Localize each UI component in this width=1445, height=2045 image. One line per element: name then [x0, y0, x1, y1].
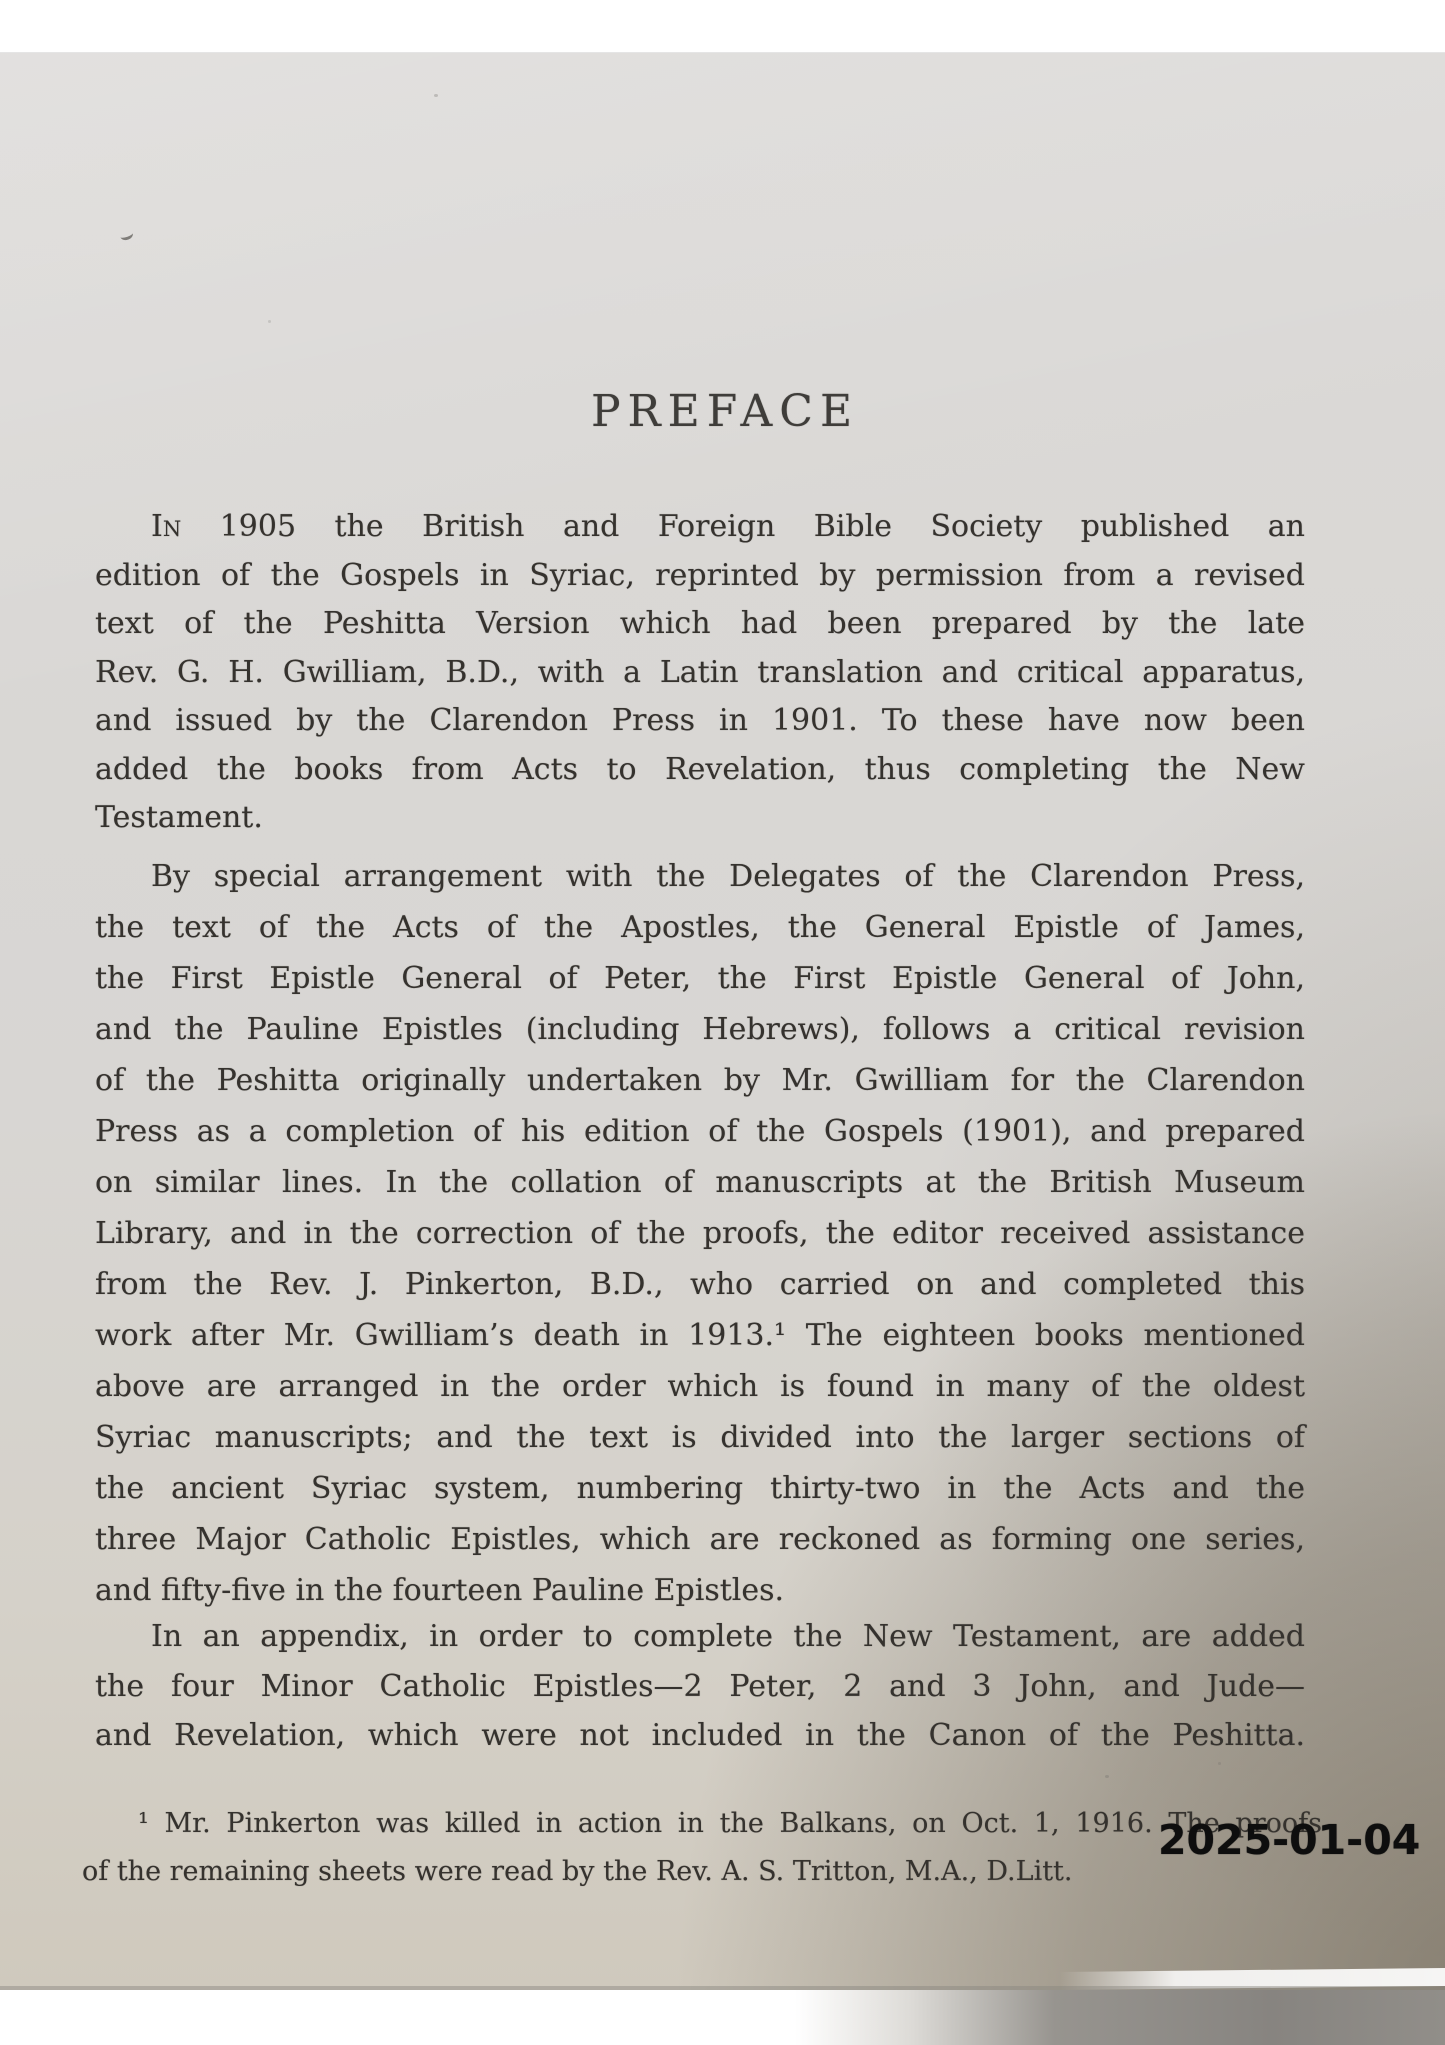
text-line: and the Pauline Epistles (including Hebr… [95, 1004, 1305, 1055]
text-line: from the Rev. J. Pinkerton, B.D., who ca… [95, 1259, 1305, 1310]
text-line: the ancient Syriac system, numbering thi… [95, 1463, 1305, 1514]
text-line: In 1905 the British and Foreign Bible So… [95, 503, 1305, 552]
text-line: on similar lines. In the collation of ma… [95, 1157, 1305, 1208]
paper-speck [434, 94, 438, 97]
text-line: In an appendix, in order to complete the… [95, 1612, 1305, 1662]
paragraph-1: In 1905 the British and Foreign Bible So… [95, 503, 1305, 843]
text-line: and fifty-five in the fourteen Pauline E… [95, 1565, 1305, 1616]
text-line: above are arranged in the order which is… [95, 1361, 1305, 1412]
text-line: of the Peshitta originally undertaken by… [95, 1055, 1305, 1106]
text-line: Press as a completion of his edition of … [95, 1106, 1305, 1157]
footnote-line: ¹ Mr. Pinkerton was killed in action in … [82, 1800, 1322, 1848]
text-line: work after Mr. Gwilliam’s death in 1913.… [95, 1310, 1305, 1361]
text-line: and issued by the Clarendon Press in 190… [95, 697, 1305, 746]
text-line: edition of the Gospels in Syriac, reprin… [95, 552, 1305, 601]
paper-speck [1105, 1775, 1109, 1778]
footnote: ¹ Mr. Pinkerton was killed in action in … [82, 1800, 1322, 1896]
text-line: Testament. [95, 794, 1305, 843]
text-line-rest: 1905 the British and Foreign Bible Socie… [220, 509, 1305, 544]
scanned-book-photo: PREFACE In 1905 the British and Foreign … [0, 0, 1445, 2045]
text-line: By special arrangement with the Delegate… [95, 851, 1305, 902]
text-line: text of the Peshitta Version which had b… [95, 600, 1305, 649]
paragraph-3: In an appendix, in order to complete the… [95, 1612, 1305, 1761]
text-line: three Major Catholic Epistles, which are… [95, 1514, 1305, 1565]
paper-speck [1218, 1762, 1221, 1765]
paragraph-2: By special arrangement with the Delegate… [95, 851, 1305, 1616]
text-line: the four Minor Catholic Epistles—2 Peter… [95, 1662, 1305, 1712]
text-line: Rev. G. H. Gwilliam, B.D., with a Latin … [95, 649, 1305, 698]
text-line: Syriac manuscripts; and the text is divi… [95, 1412, 1305, 1463]
text-line: the text of the Acts of the Apostles, th… [95, 902, 1305, 953]
scan-bottom-margin [0, 1990, 1445, 2045]
scan-top-margin [0, 0, 1445, 53]
footnote-line: of the remaining sheets were read by the… [82, 1848, 1322, 1896]
lead-word: In [151, 509, 181, 544]
text-line: the First Epistle General of Peter, the … [95, 953, 1305, 1004]
date-stamp: 2025-01-04 [1158, 1816, 1420, 1864]
text-line: Library, and in the correction of the pr… [95, 1208, 1305, 1259]
text-line: and Revelation, which were not included … [95, 1711, 1305, 1761]
text-line: added the books from Acts to Revelation,… [95, 746, 1305, 795]
paper-speck [268, 320, 271, 323]
page-title: PREFACE [110, 386, 1340, 437]
